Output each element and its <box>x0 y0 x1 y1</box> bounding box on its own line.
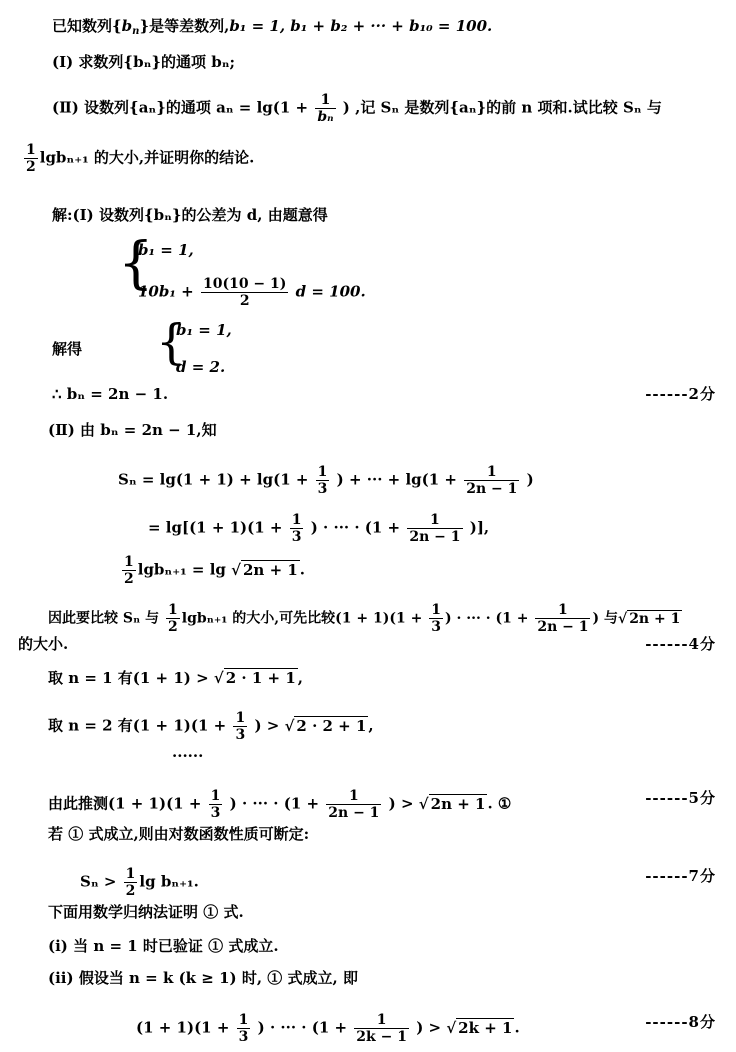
numerator: 1 <box>166 602 180 619</box>
radicand: 2n + 1 <box>627 610 682 627</box>
system2-eq2: d = 2. <box>176 357 225 377</box>
eq-text-2: ) + ··· + lg(1 + <box>337 471 457 489</box>
eq-text-3: )], <box>470 519 489 537</box>
eq-text-2: ) · ··· · (1 + <box>258 1019 347 1037</box>
denominator: 3 <box>233 727 247 743</box>
fraction-1-3: 13 <box>316 464 330 497</box>
fraction-1-3: 13 <box>290 512 304 545</box>
numerator: 1 <box>237 1012 251 1029</box>
eq-text-4: ) 与 <box>592 611 618 627</box>
numerator: 1 <box>464 464 519 481</box>
sqrt-2-1-1: √2 · 1 + 1 <box>214 668 298 688</box>
denominator: 2k − 1 <box>354 1029 409 1045</box>
eq-text: lgbₙ₊₁ = lg <box>138 561 226 579</box>
intro-text-2: }是等差数列, <box>139 17 229 35</box>
fraction-1-over-bn: 1bₙ <box>315 92 335 125</box>
score-8: ------8分 <box>645 1012 716 1032</box>
fraction-1-2k-1: 12k − 1 <box>354 1012 409 1045</box>
k-inequality: (1 + 1)(1 + 13 ) · ··· · (1 + 12k − 1 ) … <box>136 1012 520 1045</box>
radicand: 2 · 2 + 1 <box>294 716 368 735</box>
numerator: 1 <box>209 788 223 805</box>
eq-text: Sₙ = lg(1 + 1) + lg(1 + <box>118 471 308 489</box>
take-n1: 取 n = 1 有(1 + 1) > √2 · 1 + 1, <box>48 668 303 688</box>
score-2: ------2分 <box>645 384 716 404</box>
denominator: 2n − 1 <box>535 619 590 635</box>
numerator: 1 <box>407 512 462 529</box>
induction-line: 下面用数学归纳法证明 ① 式. <box>48 902 244 922</box>
fraction-1-2n-1: 12n − 1 <box>326 788 381 821</box>
denominator: 2n − 1 <box>407 529 462 545</box>
eq-text-2: lg bₙ₊₁. <box>139 873 198 891</box>
numerator: 1 <box>233 710 247 727</box>
sqrt-2n-plus-1: √2n + 1 <box>419 794 488 814</box>
denominator: 2 <box>166 619 180 635</box>
period: . <box>300 561 305 579</box>
denominator: 3 <box>209 805 223 821</box>
comma: , <box>298 669 303 687</box>
eq-text: 取 n = 2 有(1 + 1)(1 + <box>48 717 226 735</box>
numerator: 1 <box>315 92 335 109</box>
radicand: 2n + 1 <box>241 560 300 579</box>
ellipsis: ...... <box>172 742 203 762</box>
system1-eq1: b₁ = 1, <box>138 240 194 260</box>
score-5: ------5分 <box>645 788 716 808</box>
case-i: (i) 当 n = 1 时已验证 ① 式成立. <box>48 936 279 956</box>
eq-text-2: ) · ··· · (1 + <box>311 519 400 537</box>
eq-text-2: d = 100. <box>296 283 366 301</box>
fraction-1-3: 13 <box>209 788 223 821</box>
system2-eq1: b₁ = 1, <box>176 320 232 340</box>
part2-text: (Ⅱ) 设数列{aₙ}的通项 aₙ = lg(1 + <box>52 99 308 117</box>
fraction-half: 12 <box>24 142 38 175</box>
numerator: 1 <box>316 464 330 481</box>
eq-text-3: ) > <box>416 1019 441 1037</box>
sn-expansion-2: = lg[(1 + 1)(1 + 13 ) · ··· · (1 + 12n −… <box>148 512 489 545</box>
sqrt-2n-plus-1: √2n + 1 <box>231 560 300 580</box>
numerator: 1 <box>122 554 136 571</box>
take-n2: 取 n = 2 有(1 + 1)(1 + 13 ) > √2 · 2 + 1, <box>48 710 374 743</box>
eq-text: 由此推测(1 + 1)(1 + <box>48 795 201 813</box>
eq-text-3: ) · ··· · (1 + <box>445 611 528 627</box>
fraction-10-9-over-2: 10(10 − 1)2 <box>201 276 288 309</box>
fraction-half: 12 <box>124 866 138 899</box>
denominator: 2 <box>124 883 138 899</box>
fraction-half: 12 <box>166 602 180 635</box>
sqrt-2n-plus-1: √2n + 1 <box>618 609 682 629</box>
intro-text: 已知数列{ <box>52 17 122 35</box>
radicand: 2k + 1 <box>456 1018 514 1037</box>
solution-part2-intro: (Ⅱ) 由 bₙ = 2n − 1,知 <box>48 420 217 440</box>
problem-part2: (Ⅱ) 设数列{aₙ}的通项 aₙ = lg(1 + 1bₙ ) ,记 Sₙ 是… <box>52 92 662 125</box>
sn-expansion-1: Sₙ = lg(1 + 1) + lg(1 + 13 ) + ··· + lg(… <box>118 464 534 497</box>
guess-line: 由此推测(1 + 1)(1 + 13 ) · ··· · (1 + 12n − … <box>48 788 511 821</box>
numerator: 1 <box>429 602 443 619</box>
system1-eq2: 10b₁ + 10(10 − 1)2 d = 100. <box>138 276 366 309</box>
eq-text: 取 n = 1 有(1 + 1) > <box>48 669 209 687</box>
denominator: 3 <box>237 1029 251 1045</box>
therefore-line: ∴ bₙ = 2n − 1. <box>52 384 168 404</box>
denominator: 2 <box>24 159 38 175</box>
fraction-1-3: 13 <box>237 1012 251 1045</box>
radicand: 2 · 1 + 1 <box>224 668 298 687</box>
part2-line2-text: lgbₙ₊₁ 的大小,并证明你的结论. <box>40 149 255 167</box>
denominator: 2n − 1 <box>326 805 381 821</box>
eq-label-1: . ① <box>487 795 511 813</box>
eq-text: 10b₁ + <box>138 283 194 301</box>
fraction-1-2n-1: 12n − 1 <box>535 602 590 635</box>
solution-part1-intro: 解:(Ⅰ) 设数列{bₙ}的公差为 d, 由题意得 <box>52 205 328 225</box>
compare-line-2: 的大小. <box>18 634 68 654</box>
eq-text-2: ) · ··· · (1 + <box>230 795 319 813</box>
var-b: b <box>122 17 133 35</box>
half-lg-equation: 12lgbₙ₊₁ = lg √2n + 1. <box>120 554 305 587</box>
denominator: 2 <box>122 571 136 587</box>
eq-text-3: ) > <box>389 795 414 813</box>
part2-text-2: ) ,记 Sₙ 是数列{aₙ}的前 n 项和.试比较 Sₙ 与 <box>343 99 662 117</box>
sqrt-2-2-1: √2 · 2 + 1 <box>285 716 369 736</box>
eq-text-2: lgbₙ₊₁ 的大小,可先比较(1 + 1)(1 + <box>182 611 423 627</box>
fraction-1-3: 13 <box>429 602 443 635</box>
denominator: bₙ <box>315 109 335 125</box>
case-ii: (ii) 假设当 n = k (k ≥ 1) 时, ① 式成立, 即 <box>48 968 358 988</box>
eq-text-2: ) > <box>254 717 279 735</box>
problem-part2-line2: 12lgbₙ₊₁ 的大小,并证明你的结论. <box>22 142 254 175</box>
numerator: 1 <box>354 1012 409 1029</box>
eq-text: = lg[(1 + 1)(1 + <box>148 519 282 537</box>
problem-part1: (Ⅰ) 求数列{bₙ}的通项 bₙ; <box>52 52 235 72</box>
sqrt-2k-plus-1: √2k + 1 <box>446 1018 514 1038</box>
eq-text-3: ) <box>527 471 534 489</box>
numerator: 10(10 − 1) <box>201 276 288 293</box>
eq-text: 因此要比较 Sₙ 与 <box>48 611 159 627</box>
numerator: 1 <box>24 142 38 159</box>
fraction-half: 12 <box>122 554 136 587</box>
denominator: 3 <box>290 529 304 545</box>
radicand: 2n + 1 <box>429 794 488 813</box>
denominator: 3 <box>429 619 443 635</box>
numerator: 1 <box>290 512 304 529</box>
score-4: ------4分 <box>645 634 716 654</box>
jiede-label: 解得 <box>52 339 82 359</box>
denominator: 2 <box>201 293 288 309</box>
eq-text: (1 + 1)(1 + <box>136 1019 229 1037</box>
intro-condition: b₁ = 1, b₁ + b₂ + ··· + b₁₀ = 100. <box>229 17 492 35</box>
eq-text: Sₙ > <box>80 873 116 891</box>
problem-intro: 已知数列{bn}是等差数列,b₁ = 1, b₁ + b₂ + ··· + b₁… <box>52 16 492 36</box>
fraction-1-2n-1: 12n − 1 <box>407 512 462 545</box>
score-7: ------7分 <box>645 866 716 886</box>
fraction-1-2n-1: 12n − 1 <box>464 464 519 497</box>
compare-line: 因此要比较 Sₙ 与 12lgbₙ₊₁ 的大小,可先比较(1 + 1)(1 + … <box>48 602 682 635</box>
numerator: 1 <box>124 866 138 883</box>
fraction-1-3: 13 <box>233 710 247 743</box>
numerator: 1 <box>326 788 381 805</box>
period: . <box>514 1019 519 1037</box>
sn-greater: Sₙ > 12lg bₙ₊₁. <box>80 866 199 899</box>
numerator: 1 <box>535 602 590 619</box>
comma: , <box>368 717 373 735</box>
denominator: 2n − 1 <box>464 481 519 497</box>
denominator: 3 <box>316 481 330 497</box>
if-line: 若 ① 式成立,则由对数函数性质可断定: <box>48 824 309 844</box>
